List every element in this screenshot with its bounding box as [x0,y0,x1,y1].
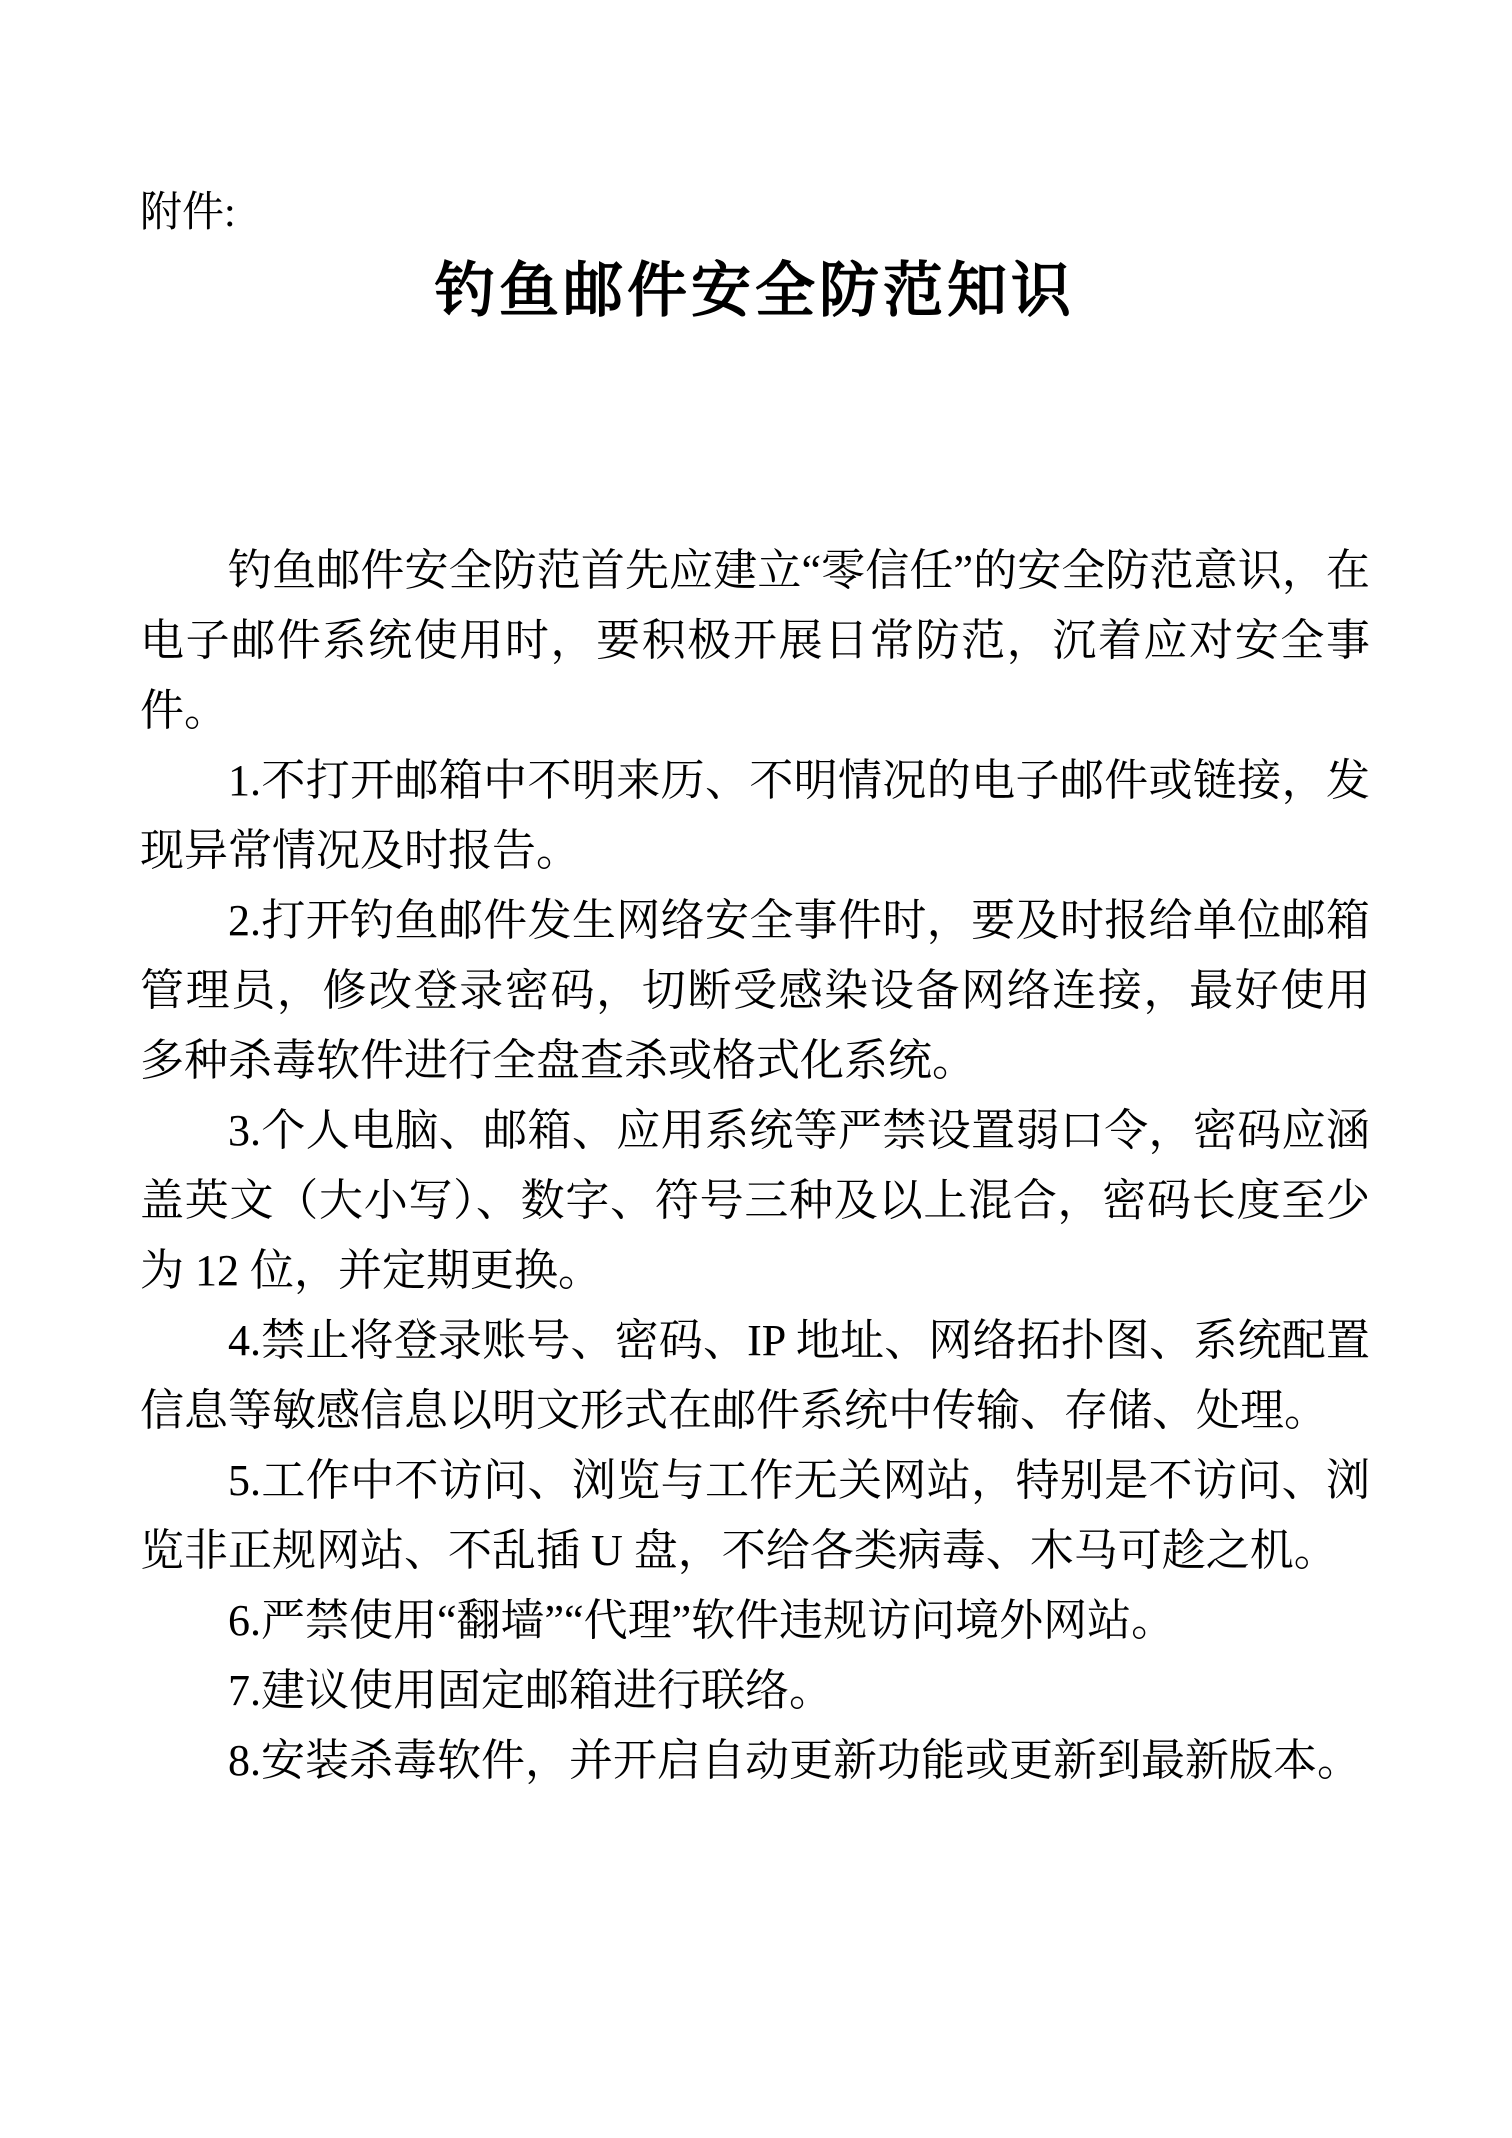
document-paragraph-intro: 钓鱼邮件安全防范首先应建立“零信任”的安全防范意识，在电子邮件系统使用时，要积极… [140,536,1370,746]
document-paragraph-item-3: 3.个人电脑、邮箱、应用系统等严禁设置弱口令，密码应涵盖英文（大小写）、数字、符… [140,1096,1370,1306]
page-title: 钓鱼邮件安全防范知识 [140,254,1370,328]
document-paragraph-item-5: 5.工作中不访问、浏览与工作无关网站，特别是不访问、浏览非正规网站、不乱插 U … [140,1446,1370,1586]
document-paragraph-item-8: 8.安装杀毒软件，并开启自动更新功能或更新到最新版本。 [140,1726,1370,1796]
document-page: 附件: 钓鱼邮件安全防范知识 钓鱼邮件安全防范首先应建立“零信任”的安全防范意识… [0,0,1512,2138]
document-paragraph-item-2: 2.打开钓鱼邮件发生网络安全事件时，要及时报给单位邮箱管理员，修改登录密码，切断… [140,886,1370,1096]
document-body: 钓鱼邮件安全防范首先应建立“零信任”的安全防范意识，在电子邮件系统使用时，要积极… [140,536,1370,1796]
document-paragraph-item-6: 6.严禁使用“翻墙”“代理”软件违规访问境外网站。 [140,1586,1370,1656]
document-paragraph-item-4: 4.禁止将登录账号、密码、IP 地址、网络拓扑图、系统配置信息等敏感信息以明文形… [140,1306,1370,1446]
document-paragraph-item-1: 1.不打开邮箱中不明来历、不明情况的电子邮件或链接，发现异常情况及时报告。 [140,746,1370,886]
document-paragraph-item-7: 7.建议使用固定邮箱进行联络。 [140,1656,1370,1726]
attachment-label: 附件: [140,188,1370,238]
